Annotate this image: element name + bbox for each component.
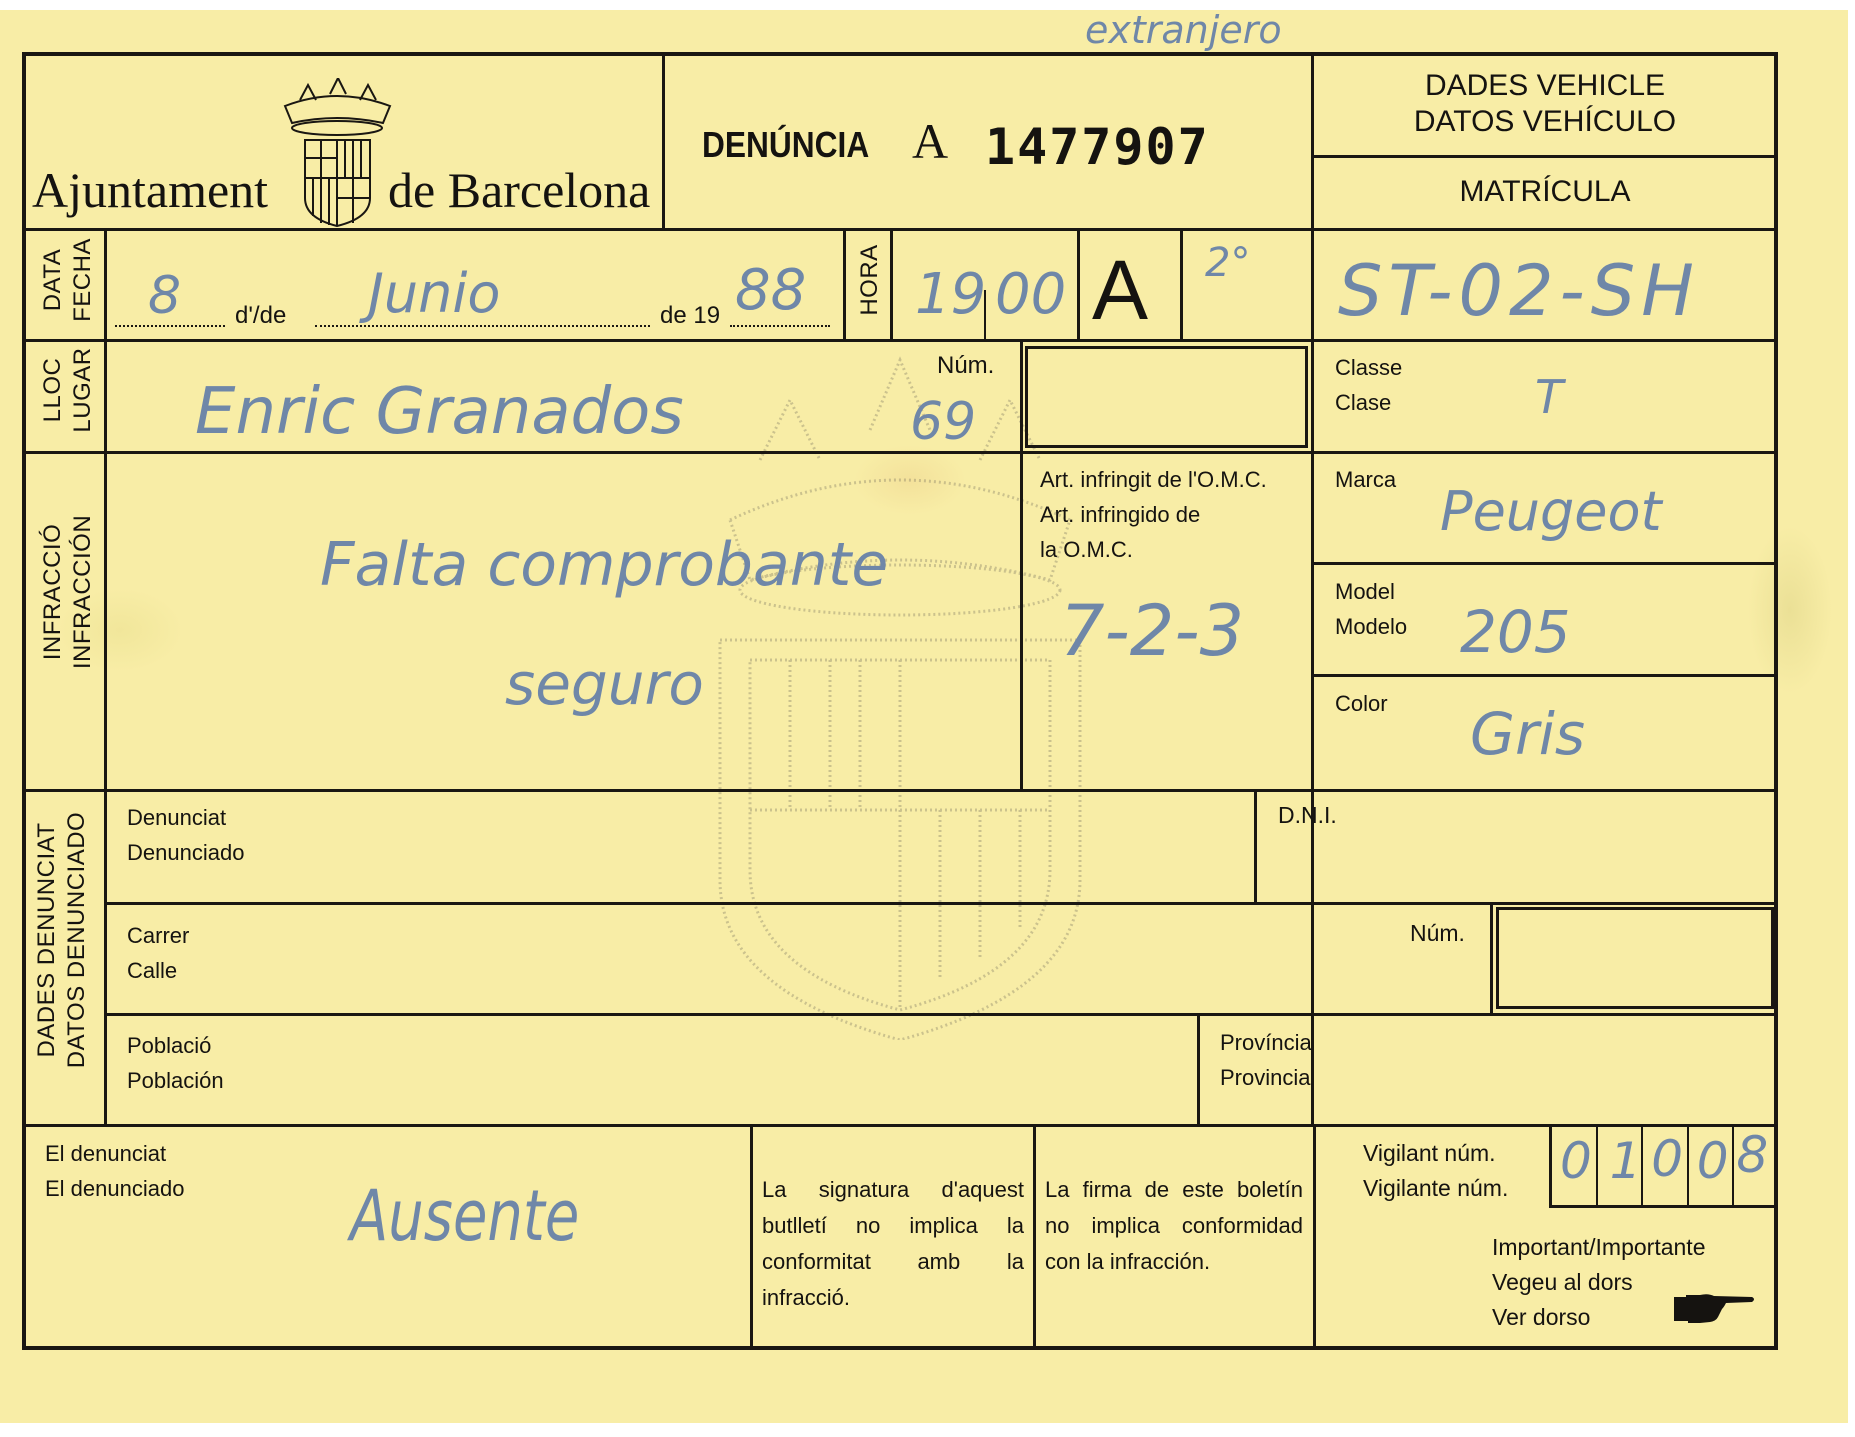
infraction-description-line2[interactable]: seguro — [505, 650, 704, 718]
officer-digit: 0 — [1689, 1124, 1735, 1205]
offender-section-es: DATOS DENUNCIADO — [62, 795, 92, 1085]
important-label: Important/Importante — [1492, 1230, 1706, 1265]
signature-note-es: La firma de este boletín no implica conf… — [1045, 1172, 1303, 1280]
offender-section-ca: DADES DENUNCIAT — [32, 795, 62, 1085]
town-label-es: Población — [127, 1063, 224, 1098]
divider — [1311, 674, 1777, 677]
year-value[interactable]: 88 — [735, 258, 806, 323]
month-value[interactable]: Junio — [368, 262, 500, 325]
province-label-ca: Província — [1220, 1025, 1312, 1060]
street-label: Carrer Calle — [127, 918, 189, 988]
issuer-name-left: Ajuntament — [32, 160, 268, 220]
location-label-ca: LLOC — [38, 335, 68, 445]
day-value[interactable]: 8 — [148, 266, 181, 326]
pointing-hand-icon — [1674, 1293, 1756, 1325]
officer-digit-value: 0 — [1560, 1132, 1592, 1190]
plate-label: MATRÍCULA — [1314, 175, 1776, 209]
dni-field[interactable] — [1360, 795, 1770, 900]
class-value[interactable]: T — [1535, 370, 1563, 424]
article-label: Art. infringit de l'O.M.C. Art. infringi… — [1040, 462, 1267, 567]
month-field-line — [315, 325, 650, 327]
date-sep-2: de 19 — [660, 302, 720, 330]
divider — [24, 789, 1778, 792]
offender-name-label-ca: Denunciat — [127, 800, 244, 835]
divider — [1311, 155, 1777, 158]
divider — [1180, 228, 1183, 340]
street-number-box[interactable] — [1496, 907, 1774, 1009]
offender-street-field[interactable] — [250, 908, 1390, 1010]
divider — [1254, 789, 1257, 903]
article-label-3: la O.M.C. — [1040, 532, 1267, 567]
minutes-value[interactable]: 00 — [995, 262, 1066, 327]
brand-label: Marca — [1335, 462, 1396, 497]
divider — [1311, 562, 1777, 565]
offender-section-label: DADES DENUNCIAT DATOS DENUNCIADO — [32, 795, 92, 1085]
zone-letter: A — [1092, 244, 1148, 336]
model-label-ca: Model — [1335, 574, 1407, 609]
signature-label-ca: El denunciat — [45, 1136, 184, 1171]
article-label-2: Art. infringido de — [1040, 497, 1267, 532]
divider — [24, 228, 1778, 231]
date-label-ca: DATA — [38, 230, 68, 330]
divider — [843, 228, 846, 340]
province-label-es: Provincia — [1220, 1060, 1312, 1095]
street-value[interactable]: Enric Granados — [195, 375, 684, 449]
class-label-es: Clase — [1335, 385, 1402, 420]
infraction-description-line1[interactable]: Falta comprobante — [320, 530, 888, 600]
street-number-label: Núm. — [1410, 920, 1465, 947]
province-label: Província Provincia — [1220, 1025, 1312, 1095]
signature-value[interactable]: Ausente — [350, 1175, 579, 1257]
signature-note-ca: La signatura d'aquest butlletí no implic… — [762, 1172, 1024, 1316]
officer-label: Vigilant núm. Vigilante núm. — [1363, 1136, 1508, 1206]
officer-digit-value: 8 — [1736, 1126, 1768, 1184]
infraction-row-label: INFRACCIÓ INFRACCIÓN — [38, 472, 98, 712]
town-label-ca: Població — [127, 1028, 224, 1063]
divider — [1020, 339, 1023, 791]
doc-type-label: DENÚNCIA — [702, 124, 869, 166]
officer-label-es: Vigilante núm. — [1363, 1171, 1508, 1206]
brand-value[interactable]: Peugeot — [1440, 480, 1662, 543]
divider — [1033, 1124, 1036, 1350]
divider — [1490, 902, 1493, 1014]
officer-number-box[interactable]: 0 1 0 0 8 — [1549, 1124, 1778, 1208]
location-label-es: LUGAR — [68, 335, 98, 445]
date-sep-1: d'/de — [235, 302, 286, 330]
divider — [1077, 228, 1080, 340]
officer-digit-value: 1 — [1610, 1132, 1642, 1190]
vehicle-title-es: DATOS VEHÍCULO — [1314, 104, 1776, 140]
officer-digit: 0 — [1643, 1124, 1689, 1205]
offender-name-field[interactable] — [300, 795, 1250, 900]
divider — [1311, 451, 1777, 454]
article-label-1: Art. infringit de l'O.M.C. — [1040, 462, 1267, 497]
officer-digit: 8 — [1734, 1124, 1778, 1205]
class-label-ca: Classe — [1335, 350, 1402, 385]
doc-series: A — [912, 112, 948, 170]
date-label-es: FECHA — [68, 230, 98, 330]
color-value[interactable]: Gris — [1470, 700, 1585, 768]
province-field[interactable] — [1360, 1018, 1770, 1120]
infraction-label-ca: INFRACCIÓ — [38, 472, 68, 712]
officer-digit-value: 0 — [1651, 1130, 1683, 1188]
street-label-es: Calle — [127, 953, 189, 988]
date-row-label: DATA FECHA — [38, 230, 98, 330]
officer-digit: 0 — [1552, 1124, 1598, 1205]
vehicle-section-title: DADES VEHICLE DATOS VEHÍCULO — [1314, 68, 1776, 140]
color-label: Color — [1335, 686, 1388, 721]
model-value[interactable]: 205 — [1460, 598, 1571, 666]
dni-label: D.N.I. — [1278, 802, 1337, 829]
model-label-es: Modelo — [1335, 609, 1407, 644]
number-label: Núm. — [937, 352, 994, 380]
town-label: Població Población — [127, 1028, 224, 1098]
offender-name-label-es: Denunciado — [127, 835, 244, 870]
offender-name-label: Denunciat Denunciado — [127, 800, 244, 870]
divider — [104, 1013, 1778, 1016]
extra-number-box[interactable] — [1025, 346, 1308, 448]
divider — [1313, 1124, 1316, 1350]
street-label-ca: Carrer — [127, 918, 189, 953]
number-value[interactable]: 69 — [910, 392, 976, 452]
doc-number: 1477907 — [985, 118, 1210, 176]
officer-digit: 1 — [1598, 1124, 1644, 1205]
divider — [24, 1124, 1778, 1127]
divider — [662, 54, 665, 230]
annotation-foreign: extranjero — [1085, 8, 1282, 52]
town-field[interactable] — [260, 1018, 1190, 1120]
divider — [24, 339, 1778, 342]
hour-label: HORA — [855, 235, 885, 325]
article-value[interactable]: 7-2-3 — [1060, 590, 1244, 672]
vehicle-title-ca: DADES VEHICLE — [1314, 68, 1776, 104]
officer-label-ca: Vigilant núm. — [1363, 1136, 1508, 1171]
barcelona-crest-icon — [275, 78, 400, 228]
divider — [1197, 1013, 1200, 1125]
divider — [104, 902, 1778, 905]
zone-note[interactable]: 2° — [1205, 240, 1250, 286]
class-label: Classe Clase — [1335, 350, 1402, 420]
officer-digit-value: 0 — [1697, 1132, 1729, 1190]
divider — [104, 228, 107, 1126]
divider — [750, 1124, 753, 1350]
year-field-line — [730, 325, 830, 327]
infraction-label-es: INFRACCIÓN — [68, 472, 98, 712]
signature-label-es: El denunciado — [45, 1171, 184, 1206]
signature-label: El denunciat El denunciado — [45, 1136, 184, 1206]
hour-value[interactable]: 19 — [915, 262, 986, 327]
location-row-label: LLOC LUGAR — [38, 335, 98, 445]
plate-value[interactable]: ST-02-SH — [1338, 250, 1700, 332]
model-label: Model Modelo — [1335, 574, 1407, 644]
divider — [890, 228, 893, 340]
issuer-name-right: de Barcelona — [388, 160, 650, 220]
divider — [984, 290, 986, 340]
